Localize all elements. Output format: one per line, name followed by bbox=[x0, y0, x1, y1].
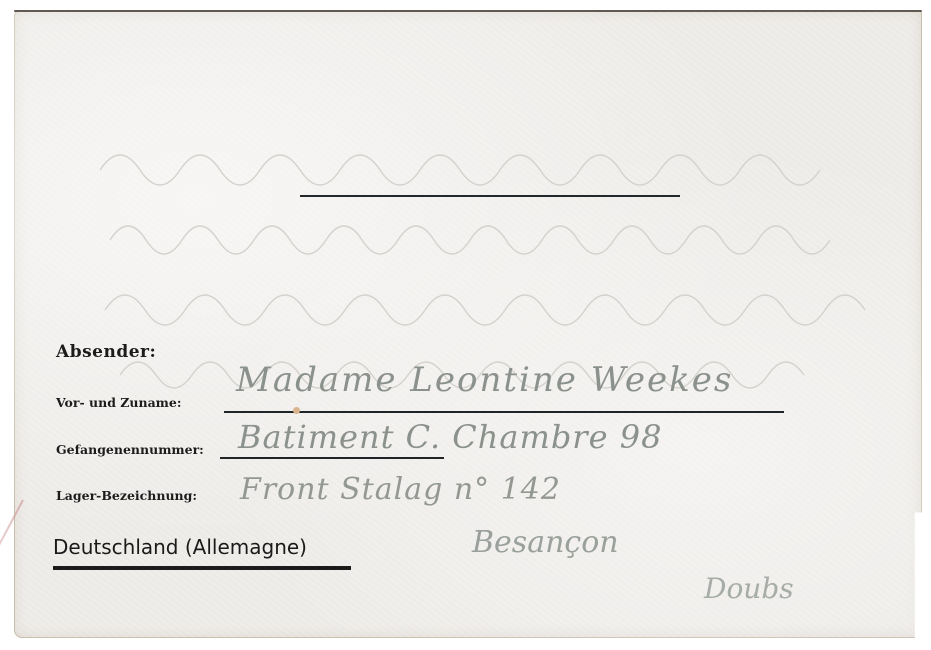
prisoner-number-handwritten: Batiment C. Chambre 98 bbox=[238, 418, 662, 456]
name-line bbox=[224, 411, 784, 413]
country-underline bbox=[53, 566, 351, 570]
address-line-top bbox=[300, 195, 680, 197]
camp-label: Lager-Bezeichnung: bbox=[56, 488, 197, 503]
prisoner-number-label: Gefangenennummer: bbox=[56, 442, 204, 457]
camp-handwritten: Front Stalag n° 142 bbox=[240, 472, 561, 507]
paper-stain bbox=[293, 407, 300, 414]
name-label: Vor- und Zuname: bbox=[56, 395, 181, 410]
country-line: Deutschland (Allemagne) bbox=[53, 535, 307, 559]
city-handwritten: Besançon bbox=[472, 525, 619, 560]
department-handwritten: Doubs bbox=[704, 572, 794, 605]
prisoner-number-line bbox=[220, 457, 444, 459]
paper-top-edge bbox=[14, 10, 922, 12]
name-handwritten: Madame Leontine Weekes bbox=[236, 360, 733, 400]
sender-heading: Absender: bbox=[56, 342, 156, 362]
